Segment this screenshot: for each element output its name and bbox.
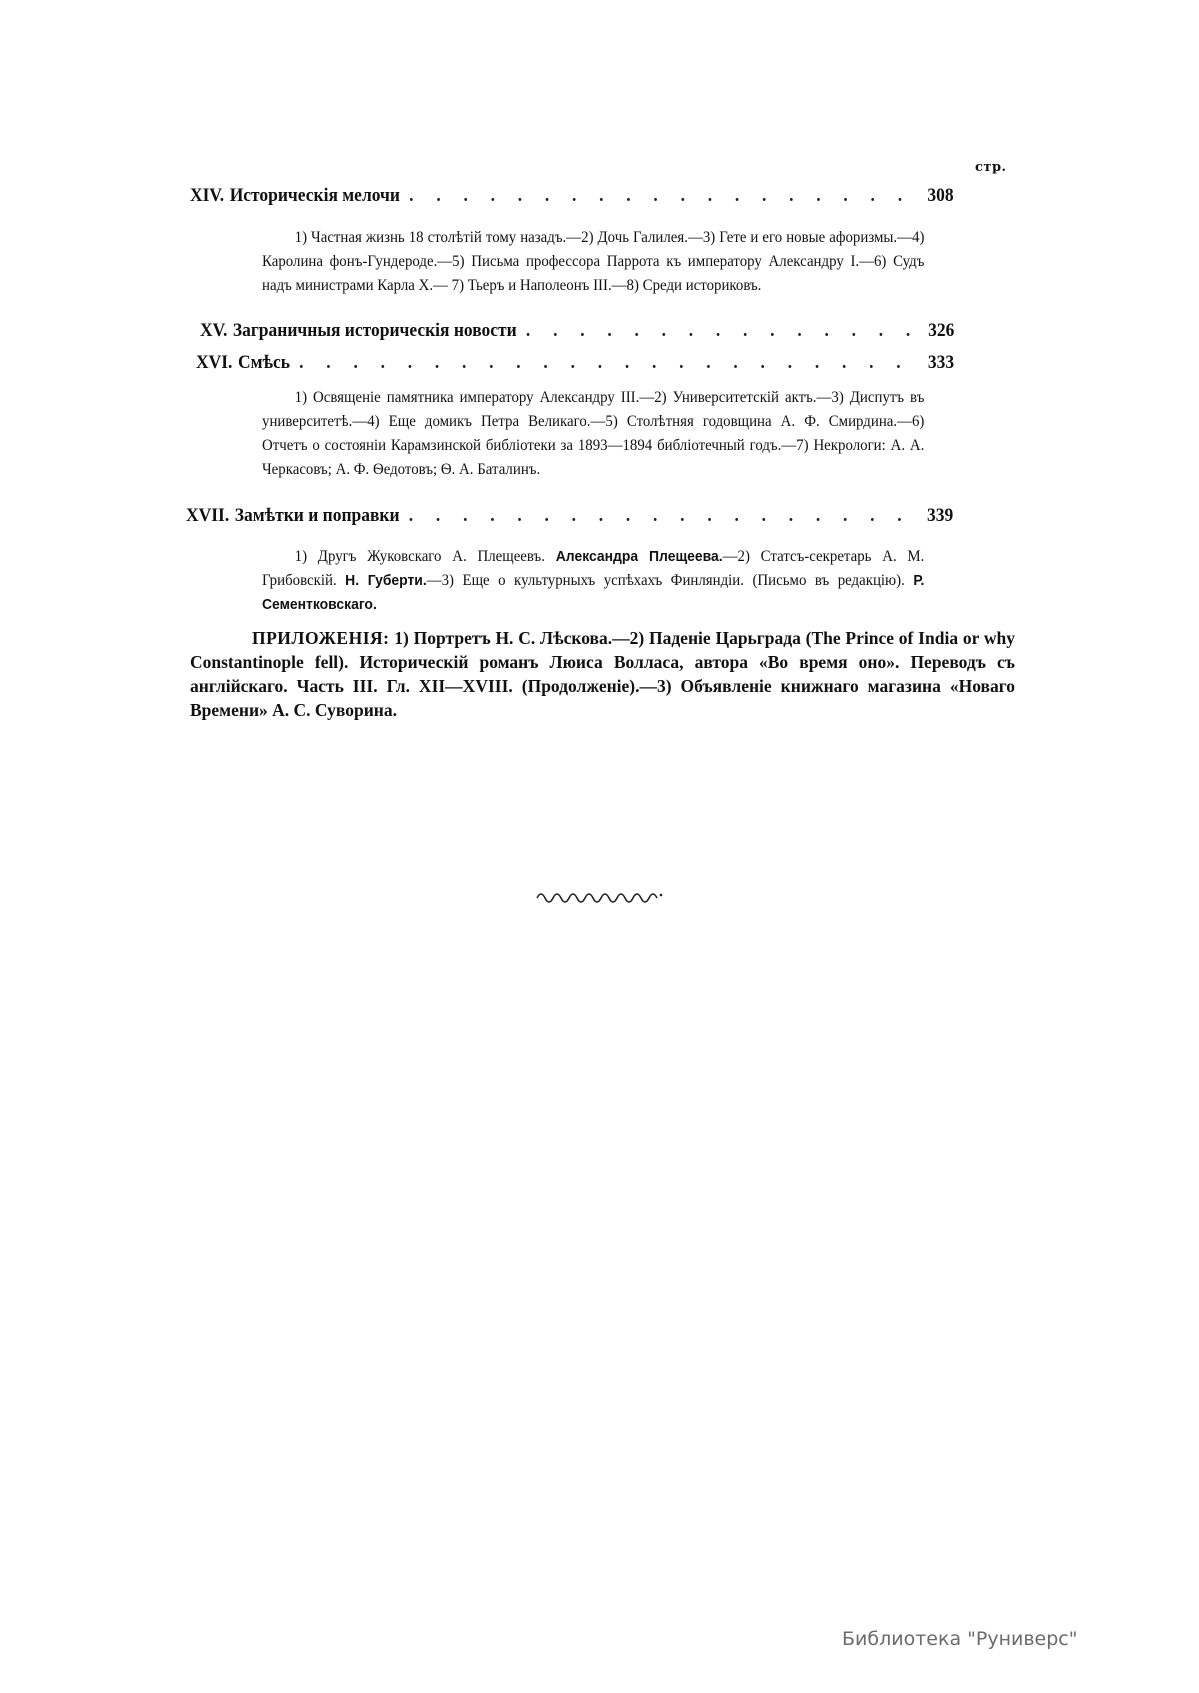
toc-entry-xvii: XVII. Замѣтки и поправки . . . . . . . .…: [186, 505, 953, 531]
toc-numeral: XVI.: [196, 352, 232, 374]
toc-title: Смѣсь: [238, 352, 290, 374]
toc-page-number: 308: [919, 185, 954, 207]
toc-numeral: XVII.: [186, 505, 229, 527]
toc-page-number: 326: [919, 320, 954, 342]
page-column-label: стр.: [975, 160, 1007, 175]
subitems-text: 1) Частная жизнь 18 столѣтій тому назадъ…: [262, 226, 924, 298]
appendix-text: ПРИЛОЖЕНІЯ: 1) Портретъ Н. С. Лѣскова.—2…: [190, 626, 1015, 722]
subitems-text: 1) Освященіе памятника императору Алекса…: [262, 386, 924, 482]
toc-title: Замѣтки и поправки: [235, 505, 400, 527]
item-text: —3) Еще о культурныхъ успѣхахъ Финляндіи…: [427, 572, 914, 589]
dot-leader: . . . . . . . . . . . . . . . . . . . . …: [409, 505, 909, 527]
toc-page-number: 333: [919, 352, 954, 374]
toc-entry-xiv: XIV. Историческія мелочи . . . . . . . .…: [190, 185, 954, 211]
toc-subitems-xvi: 1) Освященіе памятника императору Алекса…: [262, 386, 924, 482]
toc-subitems-xvii: 1) Другъ Жуковскаго А. Плещеевъ. Алексан…: [262, 545, 924, 617]
toc-title: Историческія мелочи: [230, 185, 400, 207]
dot-leader: . . . . . . . . . . . . . . . . . . . . …: [409, 185, 909, 207]
toc-numeral: XV.: [200, 320, 227, 342]
appendix-section: ПРИЛОЖЕНІЯ: 1) Портретъ Н. С. Лѣскова.—2…: [190, 626, 1015, 722]
toc-entry-xvi: XVI. Смѣсь . . . . . . . . . . . . . . .…: [196, 352, 954, 378]
subitems-text: 1) Другъ Жуковскаго А. Плещеевъ. Алексан…: [262, 545, 924, 617]
author-name: Н. Губерти.: [345, 573, 427, 589]
author-name: Александра Плещеева.: [556, 549, 723, 565]
appendix-heading: ПРИЛОЖЕНІЯ:: [252, 628, 390, 648]
toc-subitems-xiv: 1) Частная жизнь 18 столѣтій тому назадъ…: [262, 226, 924, 298]
dot-leader: . . . . . . . . . . . . . . . . . . . . …: [526, 320, 910, 342]
toc-numeral: XIV.: [190, 185, 224, 207]
library-watermark: Библиотека "Руниверс": [842, 1628, 1077, 1650]
wavy-divider-icon: [535, 888, 665, 904]
toc-entry-xv: XV. Заграничныя историческія новости . .…: [200, 320, 954, 346]
item-text: 1) Другъ Жуковскаго А. Плещеевъ.: [295, 548, 556, 565]
toc-title: Заграничныя историческія новости: [233, 320, 517, 342]
dot-leader: . . . . . . . . . . . . . . . . . . . . …: [299, 352, 910, 374]
toc-page-number: 339: [918, 505, 953, 527]
document-page: стр. XIV. Историческія мелочи . . . . . …: [0, 0, 1199, 1693]
